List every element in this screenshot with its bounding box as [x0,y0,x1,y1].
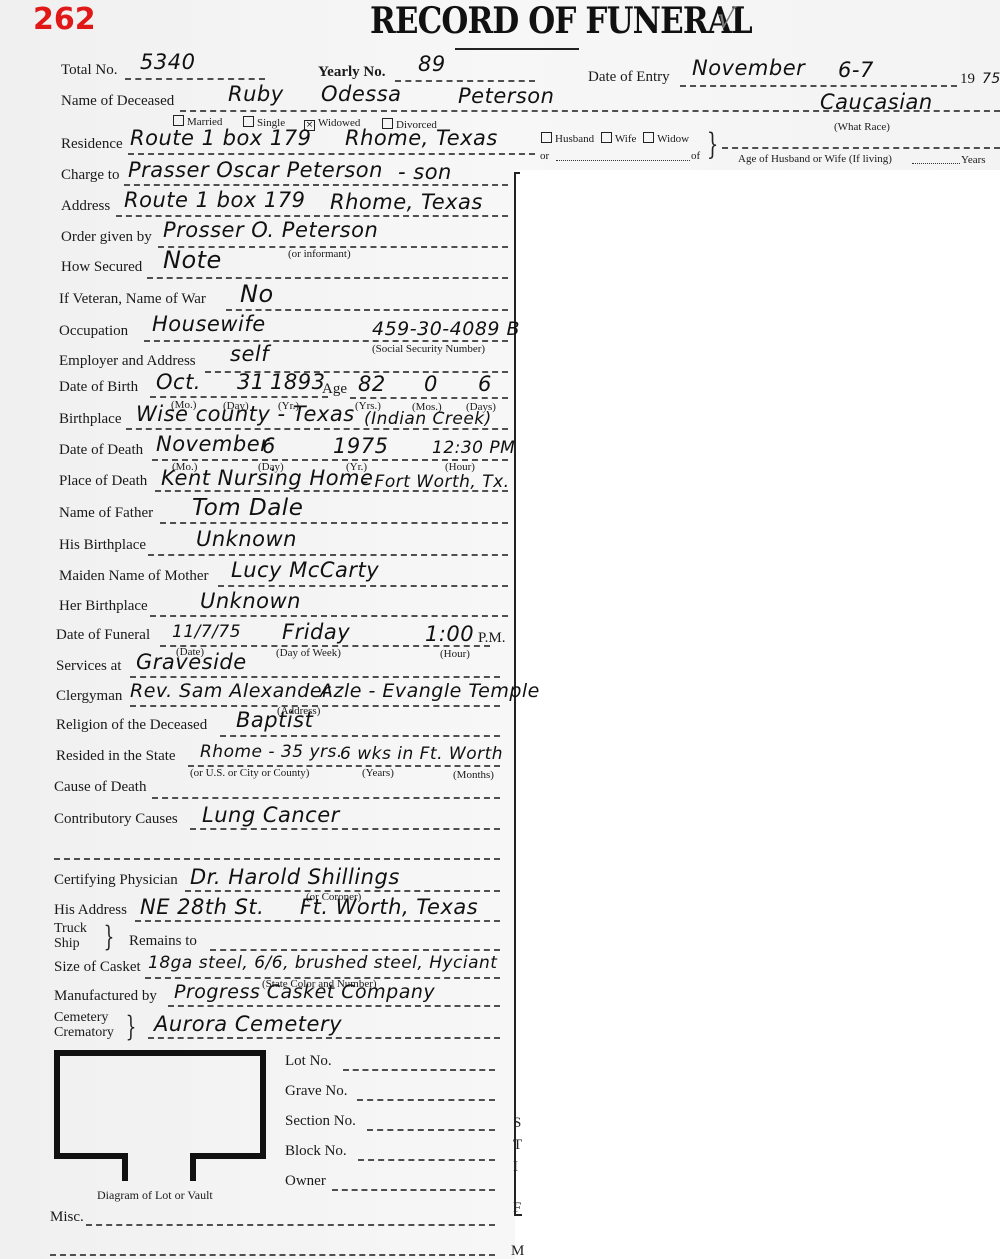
his-address-value[interactable]: NE 28th St. [140,895,264,919]
father-line [160,522,508,524]
race-value[interactable]: Caucasian [820,90,933,114]
date-of-entry-label: Date of Entry [588,69,670,86]
date-of-birth-label: Date of Birth [59,379,138,396]
date-of-entry-month[interactable]: November [692,56,805,80]
religion-label: Religion of the Deceased [56,717,207,734]
lot-diagram-entry-right [190,1153,196,1181]
edge-glyph-f: F [513,1200,521,1217]
crematory-label: Crematory [54,1025,114,1041]
residence-value[interactable]: Route 1 box 179 [130,126,311,150]
owner-label: Owner [285,1173,326,1190]
charge-to-label: Charge to [61,167,119,184]
residence-label: Residence [61,136,123,153]
spouse-name-line [556,160,690,161]
occupation-label: Occupation [59,323,128,340]
block-no-line[interactable] [358,1159,495,1161]
resided-caption-months: (Months) [453,769,494,781]
yearly-no-value[interactable]: 89 [418,52,446,76]
name-of-deceased-label: Name of Deceased [61,93,174,110]
lot-diagram-entry-left [122,1153,128,1181]
birthplace-value[interactable]: Wise county - Texas [136,402,355,426]
cemetery-brace: } [126,1010,137,1043]
residence-line [128,153,535,155]
age-years[interactable]: 82 [358,372,386,396]
spouse-age-label: Age of Husband or Wife (If living) [738,153,892,165]
funeral-caption-dow: (Day of Week) [276,647,341,659]
place-of-death-value[interactable]: Kent Nursing Home [161,466,373,490]
resided-value[interactable]: Rhome - 35 yrs. [200,742,343,762]
misc-line-2[interactable] [50,1254,495,1256]
date-of-entry-line [680,85,957,87]
birthplace-detail[interactable]: (Indian Creek) [364,409,492,429]
dob-year[interactable]: 1893 [270,370,325,394]
lot-no-line[interactable] [343,1069,495,1071]
clergyman-address[interactable]: Azle - Evangle Temple [320,680,540,702]
how-secured-label: How Secured [61,259,142,276]
spouse-or-label: or [540,150,549,162]
dod-hour[interactable]: 12:30 PM [432,438,515,458]
employer-value[interactable]: self [230,342,269,366]
address-label: Address [61,198,110,215]
date-of-entry-year-prefix: 19 [960,71,975,88]
contributory-causes-label: Contributory Causes [54,811,178,828]
veteran-line [226,309,508,311]
grave-no-label: Grave No. [285,1083,347,1100]
date-of-entry-day[interactable]: 6-7 [838,58,874,82]
charge-to-value[interactable]: Prasser Oscar Peterson [128,158,383,182]
truck-label: Truck [54,921,87,937]
spouse-age-line [912,163,960,164]
blank-right-panel [515,170,1000,1259]
her-birthplace-value[interactable]: Unknown [200,589,301,613]
husband-checkbox[interactable] [541,132,552,143]
resided-caption-place: (or U.S. or City or County) [190,767,309,779]
edge-glyph-m: M [511,1243,524,1259]
informant-caption: (or informant) [288,248,351,260]
cemetery-value[interactable]: Aurora Cemetery [154,1012,342,1036]
address-line [116,215,508,217]
how-secured-value[interactable]: Note [163,246,222,274]
cemetery-line [148,1037,500,1039]
lot-diagram-top [54,1050,266,1056]
mother-label: Maiden Name of Mother [59,568,209,585]
funeral-date[interactable]: 11/7/75 [172,622,241,642]
manufactured-by-label: Manufactured by [54,988,157,1005]
misc-label: Misc. [50,1209,84,1226]
lot-diagram-bottom-right [190,1153,266,1159]
manufactured-by-line [168,1005,500,1007]
his-address-label: His Address [54,902,127,919]
deceased-middle-name[interactable]: Odessa [321,82,402,106]
date-of-entry-year[interactable]: 75 [982,71,1000,87]
age-days[interactable]: 6 [478,372,492,396]
block-no-label: Block No. [285,1143,347,1160]
lot-diagram-bottom-left [54,1153,128,1159]
address-value[interactable]: Route 1 box 179 [124,188,305,212]
spouse-line [722,147,1000,149]
veteran-value[interactable]: No [240,280,274,308]
birthplace-label: Birthplace [59,411,121,428]
total-no-label: Total No. [61,62,117,79]
remains-to-label: Remains to [129,933,197,950]
owner-line[interactable] [332,1189,495,1191]
total-no-value[interactable]: 5340 [140,50,195,74]
mother-value[interactable]: Lucy McCarty [231,558,379,582]
dob-day[interactable]: 31 [237,370,265,394]
lot-diagram-right [260,1050,266,1159]
spouse-years-label: Years [961,154,986,166]
funeral-hour[interactable]: 1:00 [425,622,474,646]
religion-line [220,735,500,737]
form-divider-cap [514,172,520,174]
manufactured-by-value[interactable]: Progress Casket Company [174,981,435,1003]
residence-city[interactable]: Rhome, Texas [345,126,498,150]
services-at-value[interactable]: Graveside [136,650,247,674]
spouse-options: Husband Wife Widow [541,132,689,145]
her-birthplace-line [150,615,508,617]
address-city[interactable]: Rhome, Texas [330,190,483,214]
spouse-brace: } [707,127,718,162]
services-at-label: Services at [56,658,121,675]
married-checkbox[interactable] [173,115,184,126]
total-no-line [125,78,265,80]
casket-value[interactable]: 18ga steel, 6/6, brushed steel, Hyciant [148,953,497,973]
title-underline [455,48,579,50]
date-of-death-label: Date of Death [59,442,143,459]
wife-checkbox[interactable] [601,132,612,143]
certifying-physician-value[interactable]: Dr. Harold Shillings [190,865,400,889]
race-caption: (What Race) [834,121,890,133]
his-address-line [135,920,500,922]
lot-no-label: Lot No. [285,1053,332,1070]
remains-to-line [210,949,500,951]
deceased-last-name[interactable]: Peterson [458,84,554,108]
dod-day[interactable]: 6 [262,434,276,458]
father-value[interactable]: Tom Dale [192,495,303,521]
his-birthplace-value[interactable]: Unknown [196,527,297,551]
occupation-line [144,340,508,342]
clergyman-value[interactable]: Rev. Sam Alexander [130,680,330,702]
cause-of-death-label: Cause of Death [54,779,146,796]
funeral-caption-hour: (Hour) [440,648,470,660]
dod-year[interactable]: 1975 [333,434,388,458]
her-birthplace-label: Her Birthplace [59,598,148,615]
father-label: Name of Father [59,505,153,522]
section-no-line[interactable] [367,1129,495,1131]
employer-label: Employer and Address [59,353,196,370]
age-months[interactable]: 0 [424,372,438,396]
contributory-causes-value[interactable]: Lung Cancer [202,803,340,827]
order-given-by-value[interactable]: Prosser O. Peterson [163,218,378,242]
misc-line[interactable] [86,1224,495,1226]
dob-month[interactable]: Oct. [156,370,201,394]
contributory-causes-line-2 [54,858,500,860]
remains-brace: } [104,920,115,953]
edge-glyph-s: S [513,1115,521,1132]
occupation-value[interactable]: Housewife [152,312,266,336]
date-of-funeral-label: Date of Funeral [56,627,150,644]
age-line [350,397,508,399]
charge-to-line [124,184,508,186]
spouse-of-label: of [691,150,700,162]
mother-line [218,585,508,587]
certifying-physician-label: Certifying Physician [54,872,178,889]
cemetery-label: Cemetery [54,1010,108,1026]
veteran-label: If Veteran, Name of War [59,291,206,308]
charge-to-relation[interactable]: - son [398,160,452,184]
section-no-label: Section No. [285,1113,356,1130]
order-given-by-label: Order given by [61,229,152,246]
services-at-line [130,676,500,678]
his-address-city[interactable]: Ft. Worth, Texas [300,895,478,919]
widow-checkbox[interactable] [643,132,654,143]
edge-glyph-t: T [513,1137,522,1154]
age-label: Age [322,381,347,398]
lot-diagram-caption: Diagram of Lot or Vault [97,1188,213,1203]
place-of-death-label: Place of Death [59,473,147,490]
dob-line [150,396,328,398]
lot-diagram-left [54,1050,60,1159]
dod-month[interactable]: November [156,432,269,456]
funeral-day-of-week[interactable]: Friday [282,620,350,644]
resided-detail[interactable]: 6 wks in Ft. Worth [340,744,503,764]
yearly-no-label: Yearly No. [318,64,386,81]
ship-label: Ship [54,936,80,952]
his-birthplace-label: His Birthplace [59,537,146,554]
ssn-caption: (Social Security Number) [372,343,485,355]
yearly-no-line [395,80,535,82]
contributory-causes-line [190,828,500,830]
edge-glyph-i: I [513,1159,518,1176]
ssn-value[interactable]: 459-30-4089 B [372,318,520,340]
his-birthplace-line [148,554,508,556]
resided-caption-years: (Years) [362,767,394,779]
how-secured-line [147,277,508,279]
resided-label: Resided in the State [56,748,176,765]
casket-label: Size of Casket [54,959,141,976]
deceased-first-name[interactable]: Ruby [228,82,284,106]
religion-value[interactable]: Baptist [236,708,313,732]
clergyman-label: Clergyman [56,688,122,705]
grave-no-line[interactable] [357,1099,495,1101]
funeral-pm: P.M. [478,630,506,647]
page-title: RECORD OF FUNERAL [370,0,752,42]
place-of-death-city[interactable]: - Fort Worth, Tx. [362,472,510,492]
cause-of-death-line [152,797,500,799]
page-number: 262 [33,2,96,37]
